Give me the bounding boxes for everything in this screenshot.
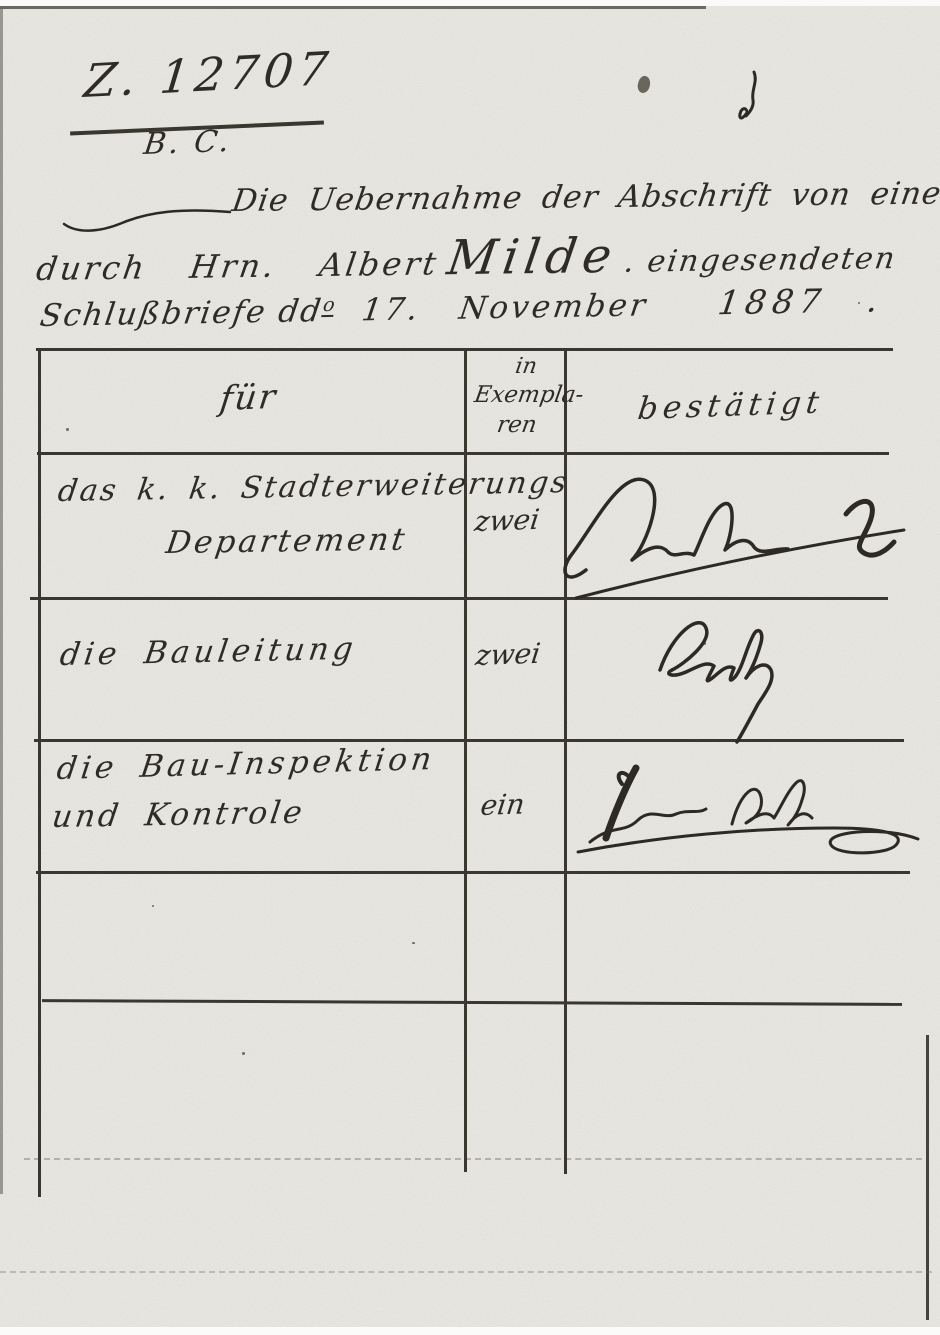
header-cell-bestaetigt: bestätigt xyxy=(636,388,825,425)
row1-recipient-line1: das k. k. Stadterweiterungs xyxy=(56,468,571,507)
row1-signature xyxy=(548,452,913,612)
header-cell-exemplare-line2: Exempla- xyxy=(473,384,571,407)
paragraph-line2: durch Hrn. Albert Milde . eingesendeten xyxy=(34,228,901,288)
scan-edge-top-line xyxy=(0,6,706,9)
paragraph-lead-flourish xyxy=(60,196,235,236)
paragraph-line3-sup: o xyxy=(322,296,336,317)
row3-recipient-line1: die Bau-Inspektion xyxy=(55,744,437,785)
paragraph-line3-a: Schlußbriefe dd xyxy=(38,296,325,332)
fold-line-upper xyxy=(24,1158,922,1160)
table-left-border xyxy=(38,348,41,1197)
paragraph-line3-c: 1887 . xyxy=(716,283,886,319)
paper-speck xyxy=(412,942,415,944)
paragraph-line2-pre: durch Hrn. Albert xyxy=(34,247,441,285)
paragraph-line2-name: Milde xyxy=(444,232,620,282)
scan-edge-bottom-white xyxy=(0,1327,940,1335)
scan-edge-left-line xyxy=(0,9,3,1194)
header-cell-exemplare-line3: ren xyxy=(468,414,566,437)
row2-copies: zwei xyxy=(474,640,542,670)
header-cell-exemplare: in Exempla- ren xyxy=(468,356,575,437)
ink-blot xyxy=(636,75,653,95)
paragraph-line3: Schlußbriefe dd o 17. November 1887 . xyxy=(38,283,885,332)
docket-number: Z. 12707 xyxy=(82,45,335,104)
paragraph-line1: Die Uebernahme der Abschrift von einem xyxy=(230,178,940,217)
paper-speck xyxy=(242,1052,245,1055)
row2-recipient-line1: die Bauleitung xyxy=(58,634,359,671)
paper-speck xyxy=(152,905,154,907)
paragraph-line2-post: . eingesendeten xyxy=(622,244,898,278)
paper-speck xyxy=(66,428,69,431)
docket-sub: B. C. xyxy=(142,127,234,160)
header-cell-exemplare-line1: in xyxy=(477,356,574,378)
fold-line-lower xyxy=(0,1271,932,1273)
row2-signature xyxy=(642,606,827,751)
scan-edge-right-line xyxy=(926,1035,929,1320)
scanned-document-page: Z. 12707 B. C. Die Uebernahme der Abschr… xyxy=(0,0,940,1335)
row1-recipient-line2: Departement xyxy=(164,525,409,559)
row3-signature xyxy=(572,752,922,872)
table-row4-line xyxy=(42,999,902,1005)
paragraph-line3-b: 17. November xyxy=(360,290,650,326)
row1-copies: zwei xyxy=(473,506,541,536)
row3-copies: ein xyxy=(479,790,526,820)
row3-recipient-line2: und Kontrole xyxy=(50,798,307,833)
ink-scratch xyxy=(736,68,766,128)
header-cell-fuer: für xyxy=(218,380,279,416)
